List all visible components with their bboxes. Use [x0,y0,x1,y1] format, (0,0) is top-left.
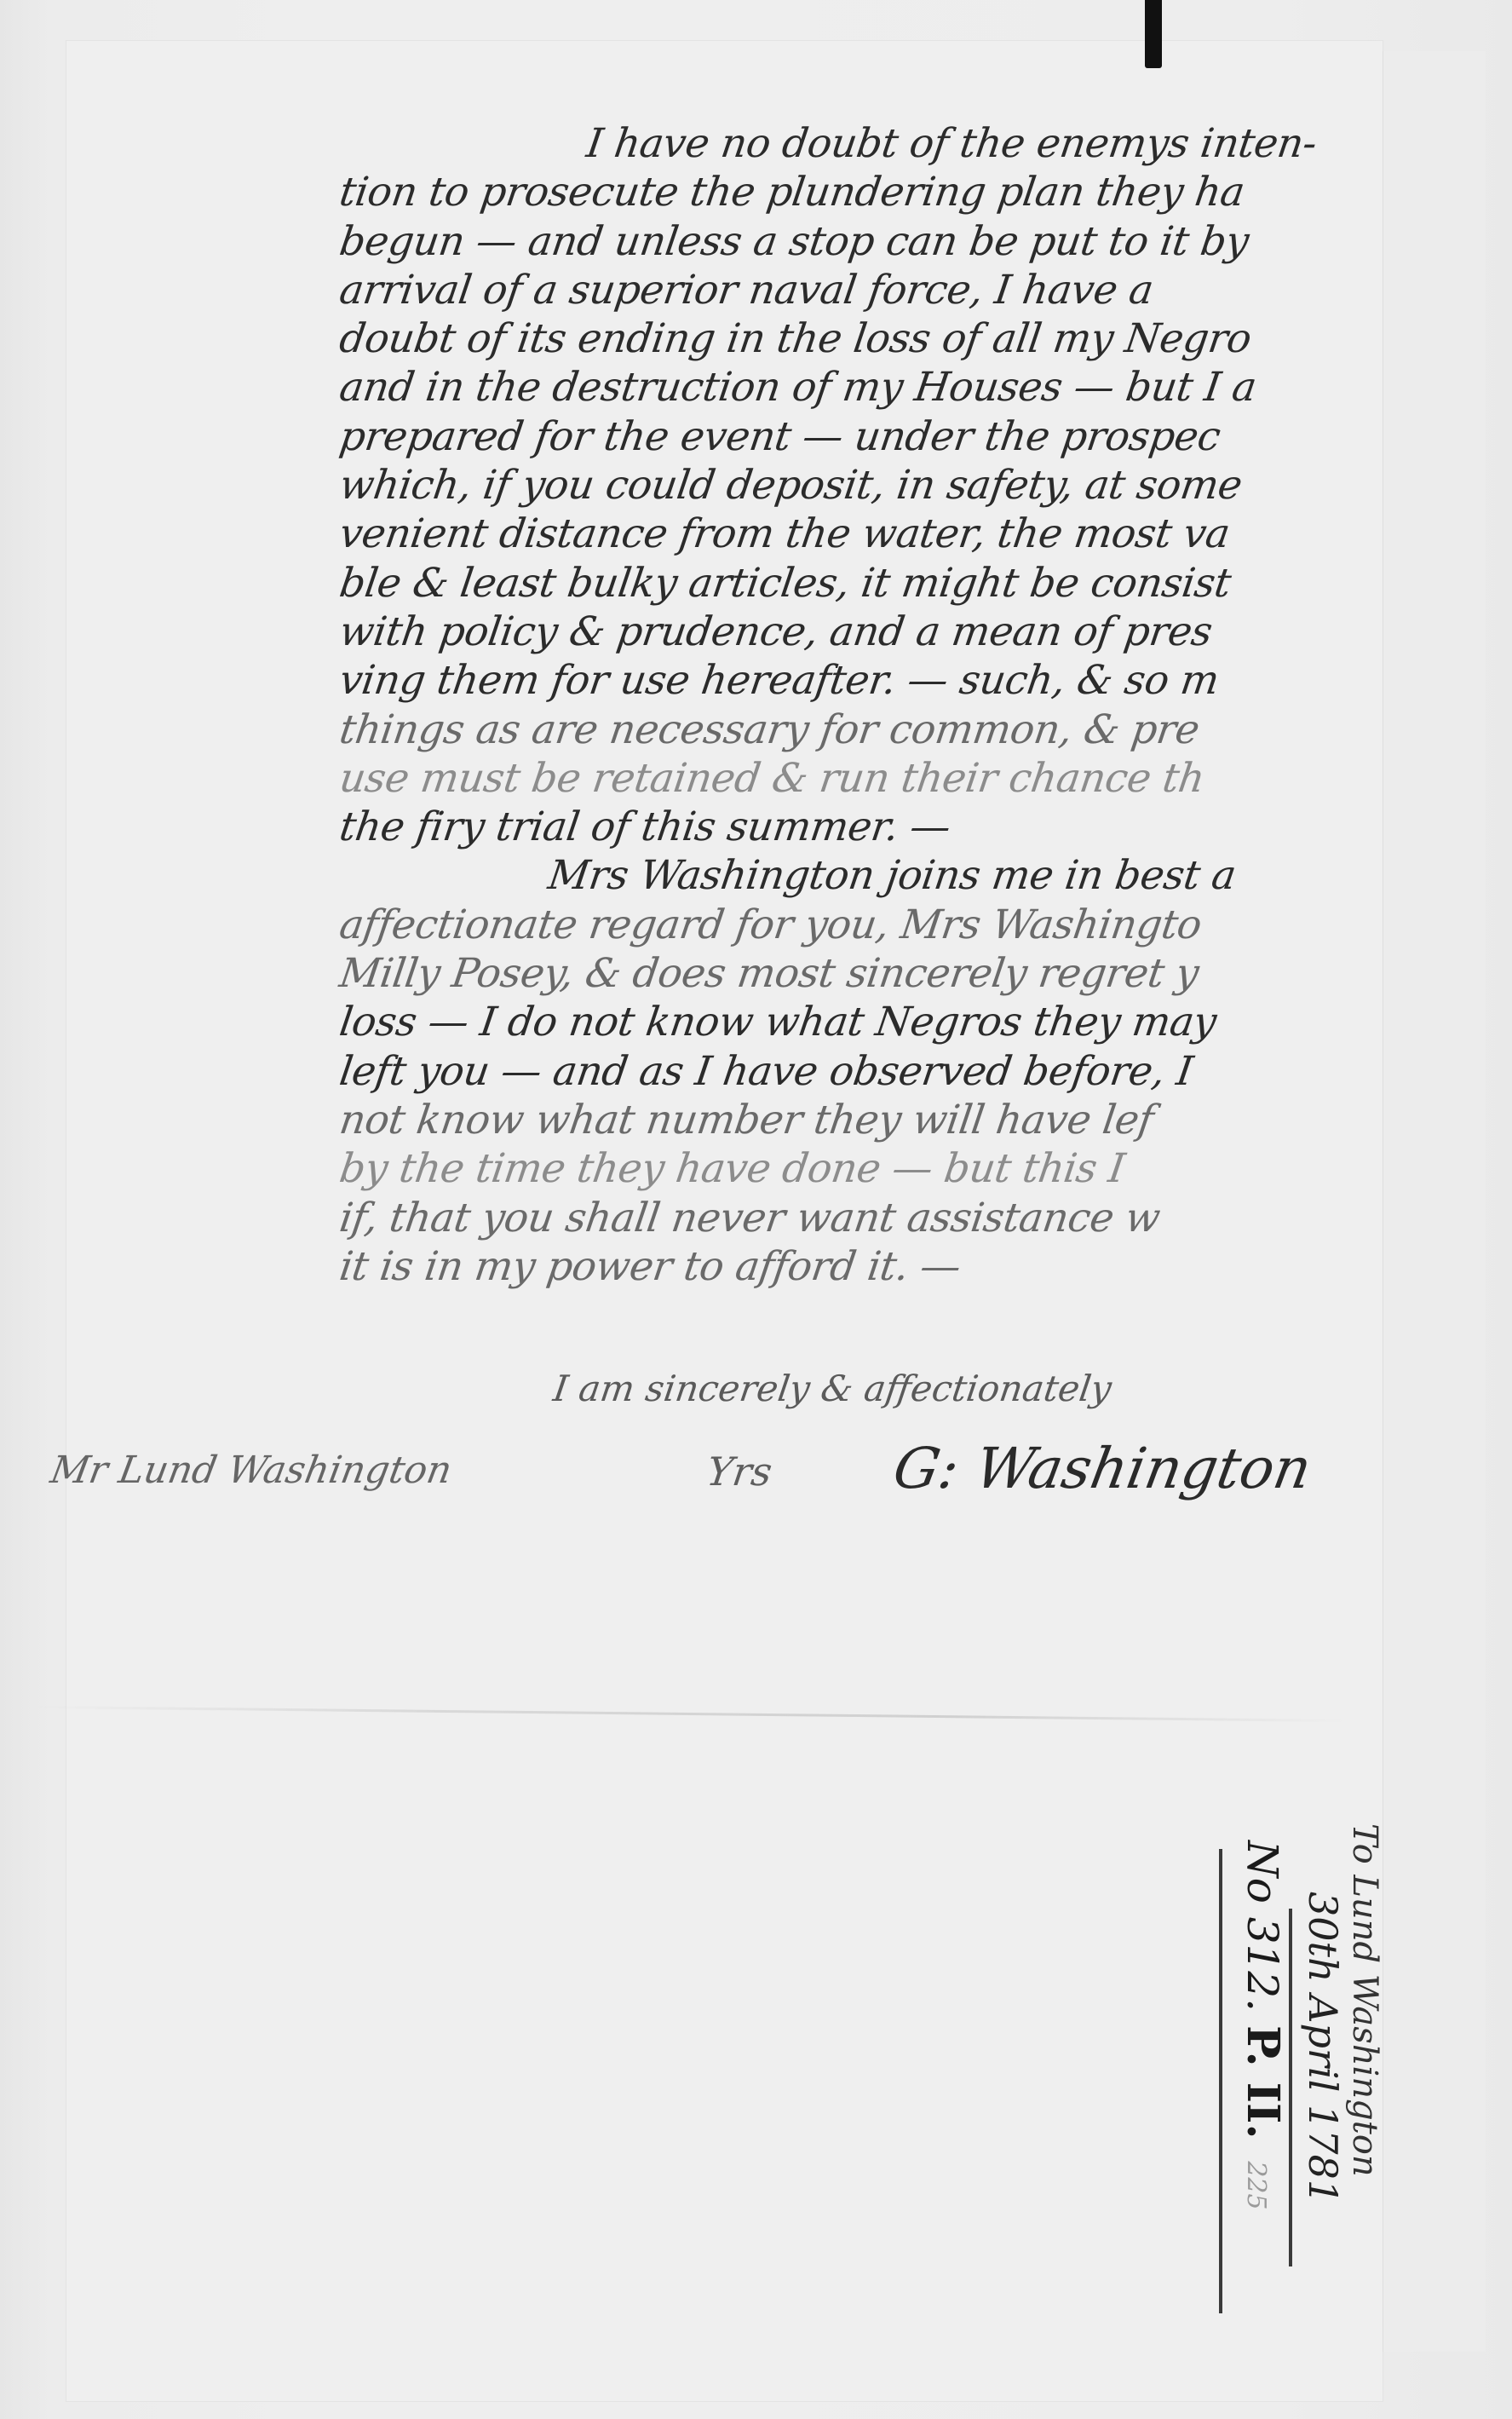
letter-addressee: Mr Lund Washington [48,1449,456,1492]
letter-line: by the time they have done — but this I [336,1144,1400,1193]
docket-date: 30th April 1781 [1300,1892,1346,2204]
scan-marker-bar [1145,0,1162,68]
archival-docket: To Lund Washington 30th April 1781 No 31… [1188,1815,1384,2326]
letter-line: which, if you could deposit, in safety, … [336,461,1400,510]
letter-line: if, that you shall never want assistance… [336,1194,1400,1242]
docket-rule [1289,1909,1292,2266]
letter-yours: Yrs [704,1449,775,1495]
docket-rule [1219,1849,1222,2313]
letter-line: ble & least bulky articles, it might be … [336,559,1400,608]
docket-number-prefix: No 312. [1238,1840,1287,2012]
signature: G: Washington [888,1436,1316,1501]
letter-line: Mrs Washington joins me in best a [336,851,1400,900]
letter-line: arrival of a superior naval force, I hav… [336,266,1400,314]
letter-line: it is in my power to afford it. — [336,1242,1400,1291]
letter-line: I have no doubt of the enemys inten- [336,119,1400,168]
letter-closing: I am sincerely & affectionately [551,1368,1114,1409]
letter-line: with policy & prudence, and a mean of pr… [336,608,1400,656]
letter-line: affectionate regard for you, Mrs Washing… [336,901,1400,949]
letter-line: venient distance from the water, the mos… [336,510,1400,558]
letter-line: use must be retained & run their chance … [336,754,1400,803]
letter-line: doubt of its ending in the loss of all m… [336,314,1400,363]
letter-line: not know what number they will have lef [336,1096,1400,1144]
letter-line: ving them for use hereafter. — such, & s… [336,656,1400,705]
letter-line: prepared for the event — under the prosp… [336,412,1400,461]
letter-line: Milly Posey, & does most sincerely regre… [336,949,1400,998]
letter-line: and in the destruction of my Houses — bu… [336,363,1400,412]
letter-line: the firy trial of this summer. — [336,803,1400,851]
letter-line: loss — I do not know what Negros they ma… [336,998,1400,1046]
docket-page-ref: 225 [1241,2161,1271,2209]
letter-body: I have no doubt of the enemys inten- tio… [336,119,1393,1291]
letter-line: things as are necessary for common, & pr… [336,706,1400,754]
letter-line: begun — and unless a stop can be put to … [336,217,1400,266]
docket-number: No 312. P. II. 225 [1237,1840,1289,2210]
docket-recipient: To Lund Washington [1345,1823,1384,2177]
letter-line: left you — and as I have observed before… [336,1047,1400,1096]
docket-series: P. II. [1237,2025,1289,2139]
letter-line: tion to prosecute the plundering plan th… [336,168,1400,216]
